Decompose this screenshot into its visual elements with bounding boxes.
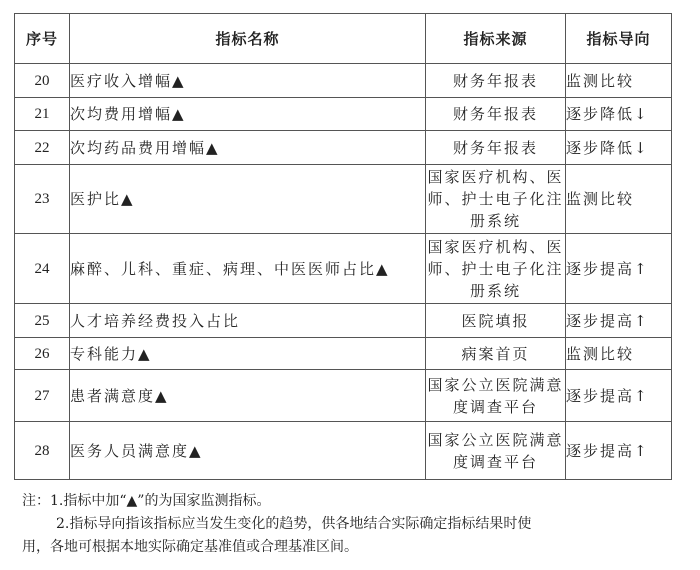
indicator-direction: 逐步降低↓: [566, 98, 672, 131]
indicator-source: 财务年报表: [426, 131, 566, 165]
row-number: 25: [15, 304, 70, 338]
table-row: 23医护比▲国家医疗机构、医师、护士电子化注册系统监测比较: [15, 165, 672, 234]
indicator-direction: 逐步降低↓: [566, 131, 672, 165]
table-row: 22次均药品费用增幅▲财务年报表逐步降低↓: [15, 131, 672, 165]
table-row: 21次均费用增幅▲财务年报表逐步降低↓: [15, 98, 672, 131]
indicator-name: 人才培养经费投入占比: [70, 304, 426, 338]
note-2-continued: 用，各地可根据本地实际确定基准值或合理基准区间。: [22, 536, 682, 559]
row-number: 26: [15, 338, 70, 370]
header-indicator-source: 指标来源: [426, 14, 566, 64]
row-number: 28: [15, 422, 70, 480]
indicator-direction: 监测比较: [566, 165, 672, 234]
note-2: 2.指标导向指该指标应当发生变化的趋势，供各地结合实际确定指标结果时使: [22, 513, 682, 536]
indicator-name: 专科能力▲: [70, 338, 426, 370]
table-row: 24麻醉、儿科、重症、病理、中医医师占比▲国家医疗机构、医师、护士电子化注册系统…: [15, 234, 672, 304]
table-row: 28医务人员满意度▲国家公立医院满意度调查平台逐步提高↑: [15, 422, 672, 480]
table-header-row: 序号 指标名称 指标来源 指标导向: [15, 14, 672, 64]
indicator-source: 国家公立医院满意度调查平台: [426, 370, 566, 422]
row-number: 20: [15, 64, 70, 98]
row-number: 21: [15, 98, 70, 131]
row-number: 24: [15, 234, 70, 304]
indicator-direction: 监测比较: [566, 338, 672, 370]
indicator-direction: 逐步提高↑: [566, 422, 672, 480]
table-row: 20医疗收入增幅▲财务年报表监测比较: [15, 64, 672, 98]
indicator-source: 国家医疗机构、医师、护士电子化注册系统: [426, 165, 566, 234]
indicator-name: 医护比▲: [70, 165, 426, 234]
indicator-name: 麻醉、儿科、重症、病理、中医医师占比▲: [70, 234, 426, 304]
indicator-direction: 逐步提高↑: [566, 304, 672, 338]
header-indicator-name: 指标名称: [70, 14, 426, 64]
header-indicator-direction: 指标导向: [566, 14, 672, 64]
table-row: 26专科能力▲病案首页监测比较: [15, 338, 672, 370]
indicator-source: 国家医疗机构、医师、护士电子化注册系统: [426, 234, 566, 304]
indicator-name: 次均费用增幅▲: [70, 98, 426, 131]
indicator-source: 国家公立医院满意度调查平台: [426, 422, 566, 480]
indicator-source: 财务年报表: [426, 98, 566, 131]
row-number: 23: [15, 165, 70, 234]
header-number: 序号: [15, 14, 70, 64]
indicator-source: 医院填报: [426, 304, 566, 338]
row-number: 22: [15, 131, 70, 165]
indicator-direction: 监测比较: [566, 64, 672, 98]
indicator-name: 医疗收入增幅▲: [70, 64, 426, 98]
indicator-source: 财务年报表: [426, 64, 566, 98]
note-1: 注：1.指标中加“▲”的为国家监测指标。: [22, 490, 682, 513]
indicator-source: 病案首页: [426, 338, 566, 370]
table-row: 27患者满意度▲国家公立医院满意度调查平台逐步提高↑: [15, 370, 672, 422]
indicator-name: 次均药品费用增幅▲: [70, 131, 426, 165]
row-number: 27: [15, 370, 70, 422]
indicator-direction: 逐步提高↑: [566, 370, 672, 422]
table-row: 25人才培养经费投入占比医院填报逐步提高↑: [15, 304, 672, 338]
indicator-direction: 逐步提高↑: [566, 234, 672, 304]
indicator-table: 序号 指标名称 指标来源 指标导向 20医疗收入增幅▲财务年报表监测比较21次均…: [14, 13, 672, 480]
indicator-name: 医务人员满意度▲: [70, 422, 426, 480]
table-notes: 注：1.指标中加“▲”的为国家监测指标。 2.指标导向指该指标应当发生变化的趋势…: [22, 490, 682, 559]
indicator-name: 患者满意度▲: [70, 370, 426, 422]
